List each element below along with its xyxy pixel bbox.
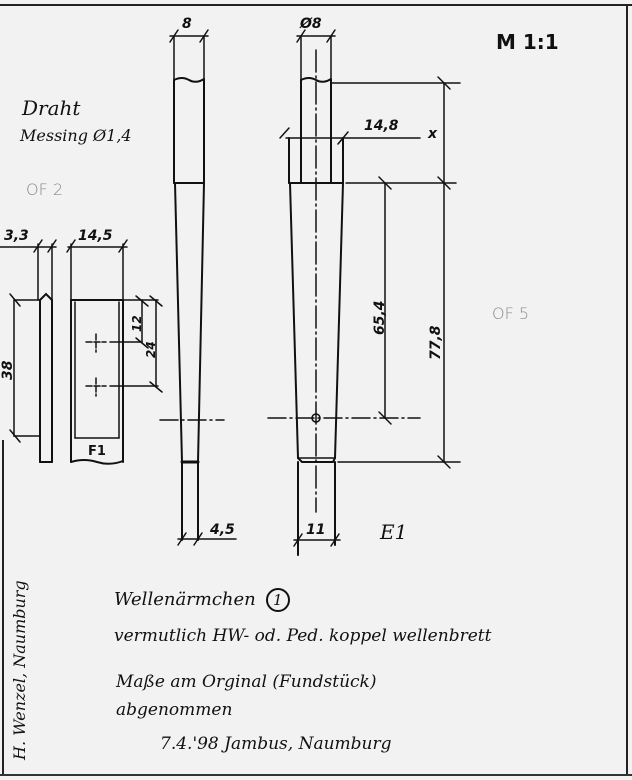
notes-date-line: 7.4.'98 Jambus, Naumburg — [160, 734, 392, 754]
drawing-sheet: M 1:1 Draht Messing Ø1,4 OF 2 OF 5 8 Ø8 … — [0, 0, 632, 780]
material-spec: Messing Ø1,4 — [20, 126, 132, 145]
right-arm-view — [268, 30, 460, 555]
dim-plate-width: 14,5 — [78, 228, 113, 244]
dim-left-top-width: 8 — [182, 16, 192, 32]
pencil-note-of2: OF 2 — [26, 180, 63, 199]
left-arm-view — [160, 30, 236, 545]
dim-plate-thickness: 3,3 — [4, 228, 29, 244]
material-title: Draht — [22, 96, 80, 120]
signature: H. Wenzel, Naumburg — [10, 580, 29, 760]
notes-title-number: 1 — [266, 588, 290, 612]
notes-line-2: vermutlich HW- od. Ped. koppel wellenbre… — [114, 626, 491, 646]
dim-right-top-diameter: Ø8 — [300, 16, 322, 32]
dim-hole-offset-1: 12 — [130, 315, 144, 332]
dim-hub-width: 14,8 — [364, 118, 399, 134]
scale-label: M 1:1 — [496, 30, 559, 54]
dim-top-length: x — [428, 126, 437, 142]
technical-drawing-lines — [0, 0, 632, 780]
part-label-e1: E1 — [380, 520, 407, 544]
notes-line-3: Maße am Orginal (Fundstück) — [116, 672, 377, 692]
dim-hole-offset-2: 24 — [144, 341, 158, 358]
notes-line-4: abgenommen — [116, 700, 232, 720]
dim-right-bottom-width: 11 — [306, 522, 325, 538]
notes-title: Wellenärmchen1 — [114, 588, 290, 612]
pencil-note-of5: OF 5 — [492, 304, 529, 323]
dim-plate-height: 38 — [0, 361, 16, 380]
dim-left-bottom-width: 4,5 — [210, 522, 235, 538]
plate-side-view — [0, 240, 56, 462]
part-label-f1: F1 — [88, 444, 106, 459]
notes-title-text: Wellenärmchen — [114, 589, 256, 610]
dim-taper-length: 65,4 — [372, 300, 388, 335]
dim-total-length: 77,8 — [428, 325, 444, 360]
